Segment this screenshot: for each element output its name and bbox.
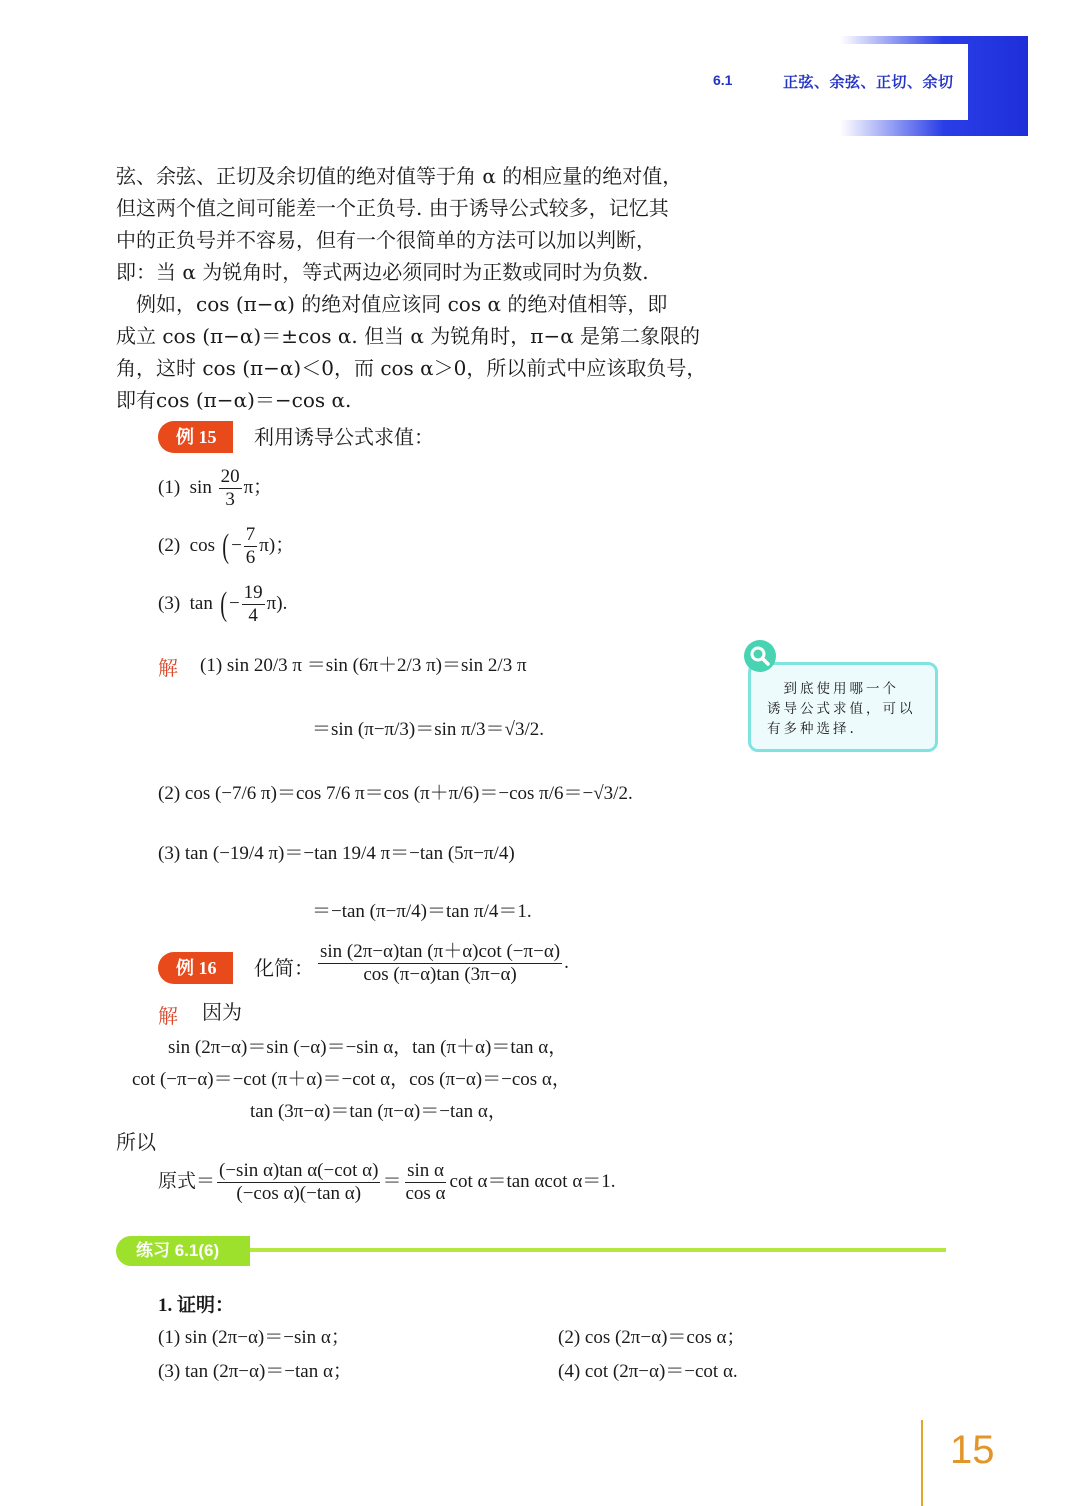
section-number: 6.1 <box>713 72 732 88</box>
side-note-line: 诱导公式求值，可以 <box>767 699 925 719</box>
example-15-prompt: 利用诱导公式求值： <box>254 421 434 453</box>
example-15-badge: 例 15 <box>158 421 233 453</box>
intro-line: 成立 cos (π−α)＝±cos α. 但当 α 为锐角时，π−α 是第二象限… <box>116 320 700 352</box>
example-16-badge: 例 16 <box>158 952 233 984</box>
example-15-item-3: (3) tan (−194π). <box>158 582 287 627</box>
solution-label: 解 <box>158 1000 178 1029</box>
solution-15-line: (2) cos (−7/6 π)＝cos 7/6 π＝cos (π＋π/6)＝−… <box>158 778 633 805</box>
intro-line: 中的正负号并不容易，但有一个很简单的方法可以加以判断， <box>116 224 656 256</box>
page-number: 15 <box>950 1428 995 1473</box>
because-text: 因为 <box>202 996 242 1028</box>
practice-item: (1) sin (2π−α)＝−sin α； <box>158 1322 350 1349</box>
intro-line: 但这两个值之间可能差一个正负号. 由于诱导公式较多，记忆其 <box>116 192 669 224</box>
solution-16-line: cot (−π−α)＝−cot (π＋α)＝−cot α，cos (π−α)＝−… <box>132 1064 571 1091</box>
solution-16-line: sin (2π−α)＝sin (−α)＝−sin α，tan (π＋α)＝tan… <box>168 1032 567 1059</box>
intro-line: 弦、余弦、正切及余切值的绝对值等于角 α 的相应量的绝对值， <box>116 160 682 192</box>
practice-divider <box>250 1248 946 1252</box>
side-note-line: 有多种选择. <box>767 719 925 739</box>
solution-15-line: (1) sin 20/3 π ＝sin (6π＋2/3 π)＝sin 2/3 π <box>200 650 527 677</box>
solution-16-line: tan (3π−α)＝tan (π−α)＝−tan α， <box>250 1096 507 1123</box>
example-15-item-2: (2) cos (−76π)； <box>158 524 294 569</box>
solution-15-line: ＝−tan (π−π/4)＝tan π/4＝1. <box>312 896 532 923</box>
intro-line: 即：当 α 为锐角时，等式两边必须同时为正数或同时为负数. <box>116 256 649 288</box>
solution-15-line: ＝sin (π−π/3)＝sin π/3＝√3/2. <box>312 714 544 741</box>
solution-15-line: (3) tan (−19/4 π)＝−tan 19/4 π＝−tan (5π−π… <box>158 838 515 865</box>
example-16-prompt: 化简： <box>254 952 314 984</box>
practice-item: (3) tan (2π−α)＝−tan α； <box>158 1356 352 1383</box>
side-note-line: 到底使用哪一个 <box>767 679 925 699</box>
practice-question: 1. 证明： <box>158 1290 234 1317</box>
intro-line: 角，这时 cos (π−α)＜0，而 cos α＞0，所以前式中应该取负号， <box>116 352 706 384</box>
practice-item: (4) cot (2π−α)＝−cot α. <box>558 1356 738 1383</box>
so-text: 所以 <box>116 1126 156 1158</box>
practice-item: (2) cos (2π−α)＝cos α； <box>558 1322 745 1349</box>
example-16-expression: sin (2π−α)tan (π＋α)cot (−π−α)cos (π−α)ta… <box>316 941 569 986</box>
intro-line: 即有cos (π−α)＝−cos α. <box>116 384 351 416</box>
side-note: 到底使用哪一个 诱导公式求值，可以 有多种选择. <box>748 662 938 752</box>
section-title: 正弦、余弦、正切、余切 <box>783 71 954 92</box>
page-number-divider <box>921 1420 923 1506</box>
intro-line: 例如，cos (π−α) 的绝对值应该同 cos α 的绝对值相等，即 <box>116 288 667 320</box>
solution-label: 解 <box>158 652 178 681</box>
magnifier-icon <box>744 640 776 672</box>
practice-badge: 练习 6.1(6) <box>116 1236 250 1266</box>
result-expression: 原式＝(−sin α)tan α(−cot α)(−cos α)(−tan α)… <box>158 1160 616 1205</box>
example-15-item-1: (1) sin 203π； <box>158 466 272 511</box>
